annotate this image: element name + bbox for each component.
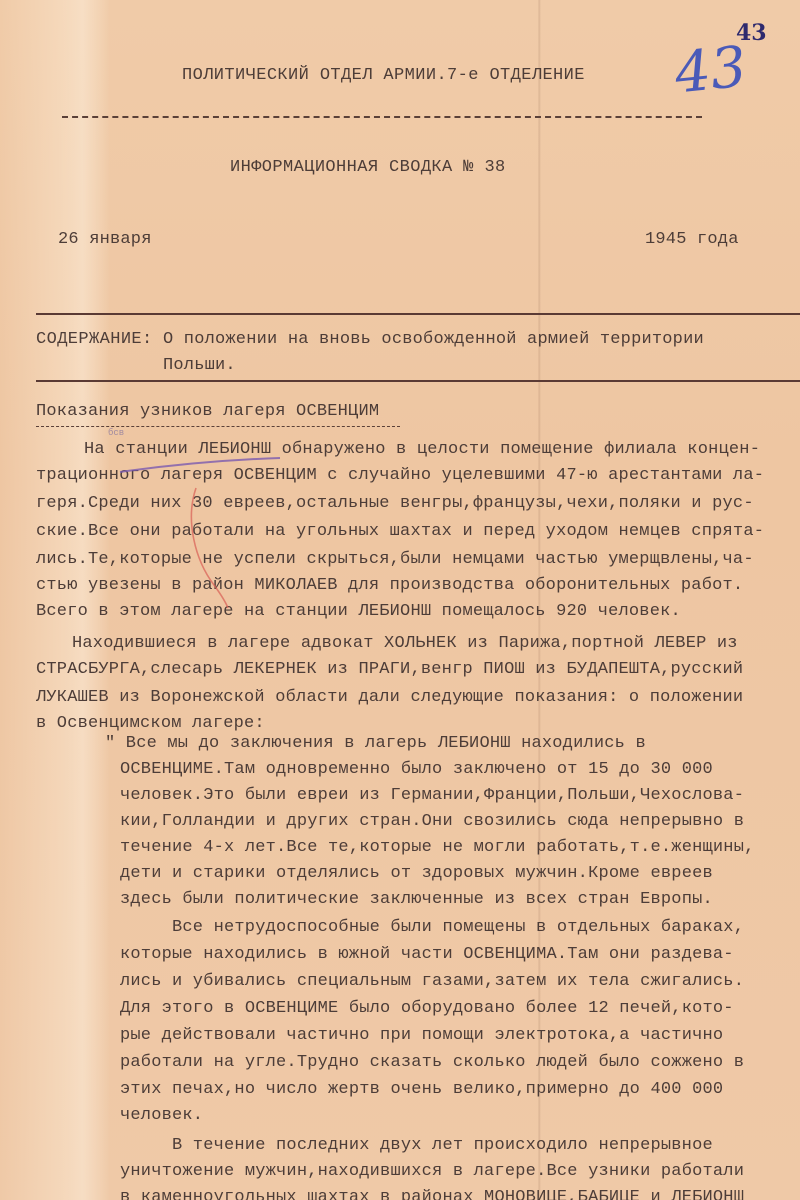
red-pencil-line [191, 488, 228, 608]
purple-underline-mark [120, 458, 280, 472]
pencil-marks [0, 0, 800, 1200]
